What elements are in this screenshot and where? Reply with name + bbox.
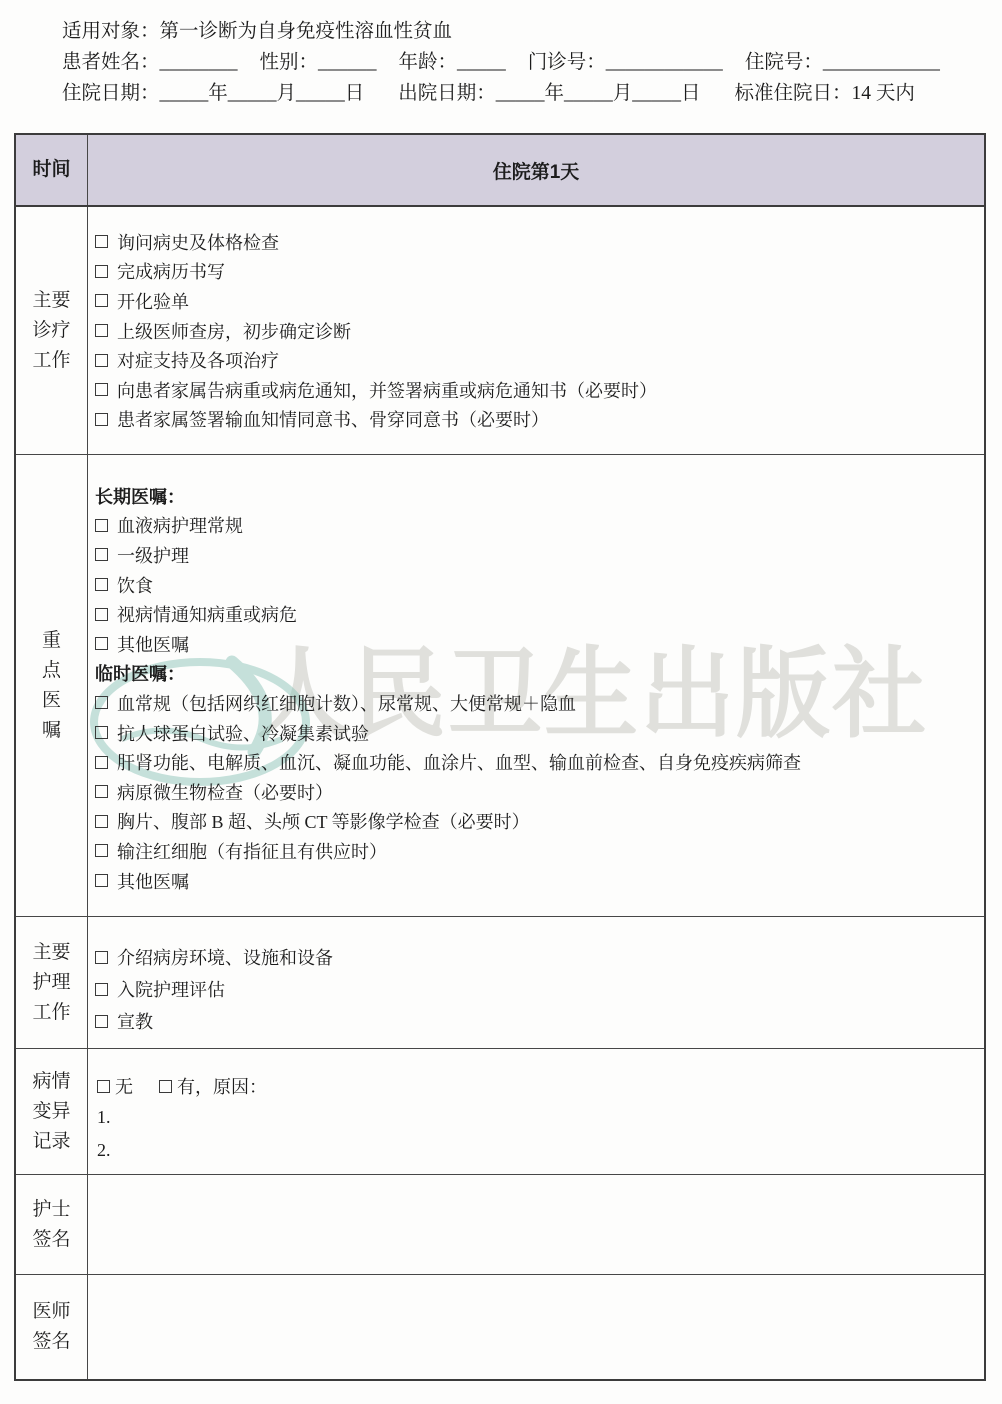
row-label-line: 嘱	[42, 716, 61, 746]
checklist-item: 血液病护理常规	[95, 511, 976, 541]
checklist-item-label: 血常规（包括网织红细胞计数）、尿常规、大便常规＋隐血	[117, 690, 576, 716]
variation-number-lines: 1.2.	[97, 1101, 976, 1167]
row-label-line: 变异	[32, 1097, 70, 1127]
checklist-item-label: 入院护理评估	[117, 976, 225, 1002]
checklist-item: 对症支持及各项治疗	[95, 345, 976, 375]
checklist-item-label: 开化验单	[117, 288, 189, 314]
checkbox-icon[interactable]	[95, 548, 108, 561]
doctor-signature-row-label: 医师签名	[16, 1275, 88, 1379]
checklist-item: 介绍病房环境、设施和设备	[95, 941, 976, 973]
row-label-line: 签名	[32, 1327, 70, 1357]
checklist-item-label: 其他医嘱	[117, 868, 189, 894]
pathway-table: 时间 住院第1天 主要诊疗工作 询问病史及体格检查完成病历书写开化验单上级医师查…	[14, 133, 986, 1381]
checklist-item: 一级护理	[95, 540, 976, 570]
table-header-row: 时间 住院第1天	[16, 135, 984, 207]
checkbox-icon[interactable]	[95, 413, 108, 426]
checklist-item-label: 向患者家属告病重或病危通知，并签署病重或病危通知书（必要时）	[117, 377, 657, 403]
nursing-row-label: 主要护理工作	[16, 917, 88, 1048]
row-label-line: 工作	[32, 346, 70, 376]
checklist-item: 入院护理评估	[95, 973, 976, 1005]
key-orders-content: 长期医嘱：血液病护理常规一级护理饮食视病情通知病重或病危其他医嘱临时医嘱：血常规…	[88, 455, 984, 916]
time-column-header: 时间	[16, 135, 88, 205]
checklist-item-label: 其他医嘱	[117, 631, 189, 657]
checklist-item: 血常规（包括网织红细胞计数）、尿常规、大便常规＋隐血	[95, 688, 976, 718]
table-row-variation: 病情变异记录 无有，原因： 1.2.	[16, 1049, 984, 1175]
row-label-line: 主要	[32, 938, 70, 968]
variation-number-line: 1.	[97, 1101, 976, 1134]
checkbox-icon[interactable]	[95, 519, 108, 532]
checklist-item-label: 饮食	[117, 572, 153, 598]
checklist-item: 完成病历书写	[95, 257, 976, 287]
checklist-item: 开化验单	[95, 286, 976, 316]
table-row-key-orders: 重点医嘱 长期医嘱：血液病护理常规一级护理饮食视病情通知病重或病危其他医嘱临时医…	[16, 455, 984, 917]
date-info-line: 住院日期：_____年_____月_____日出院日期：_____年_____月…	[62, 78, 982, 109]
checkbox-icon[interactable]	[95, 383, 108, 396]
day1-column-header: 住院第1天	[88, 135, 984, 205]
checkbox-icon[interactable]	[95, 951, 108, 964]
checkbox-icon[interactable]	[95, 696, 108, 709]
inpatient-number-field: 住院号：____________	[745, 47, 940, 78]
nurse-signature-area	[88, 1175, 984, 1274]
row-label-line: 主要	[32, 286, 70, 316]
checklist-item: 肝肾功能、电解质、血沉、凝血功能、血涂片、血型、输血前检查、自身免疫疾病筛查	[95, 747, 976, 777]
checklist-item-label: 患者家属签署输血知情同意书、骨穿同意书（必要时）	[117, 406, 549, 432]
checkbox-icon[interactable]	[95, 294, 108, 307]
checklist-item: 病原微生物检查（必要时）	[95, 777, 976, 807]
table-row-nursing: 主要护理工作 介绍病房环境、设施和设备入院护理评估宣教	[16, 917, 984, 1049]
checklist-item-label: 完成病历书写	[117, 258, 225, 284]
row-label-line: 病情	[32, 1067, 70, 1097]
table-row-doctor-signature: 医师签名	[16, 1275, 984, 1379]
table-row-main-care: 主要诊疗工作 询问病史及体格检查完成病历书写开化验单上级医师查房，初步确定诊断对…	[16, 207, 984, 455]
checklist-item-label: 一级护理	[117, 542, 189, 568]
row-label-line: 医师	[32, 1297, 70, 1327]
table-row-nurse-signature: 护士签名	[16, 1175, 984, 1275]
checkbox-icon[interactable]	[95, 983, 108, 996]
checklist-item-label: 询问病史及体格检查	[117, 229, 279, 255]
checkbox-icon[interactable]	[97, 1080, 110, 1093]
variation-option-label: 无	[115, 1073, 133, 1099]
checklist-item: 患者家属签署输血知情同意书、骨穿同意书（必要时）	[95, 405, 976, 435]
checklist-item: 上级医师查房，初步确定诊断	[95, 316, 976, 346]
checkbox-icon[interactable]	[95, 265, 108, 278]
outpatient-number-field: 门诊号：____________	[528, 47, 723, 78]
checklist-item-label: 视病情通知病重或病危	[117, 601, 297, 627]
doctor-signature-area	[88, 1275, 984, 1379]
checkbox-icon[interactable]	[95, 324, 108, 337]
checkbox-icon[interactable]	[95, 756, 108, 769]
checkbox-icon[interactable]	[95, 874, 108, 887]
checkbox-icon[interactable]	[95, 844, 108, 857]
variation-option: 有，原因：	[159, 1073, 267, 1099]
checklist-item-label: 病原微生物检查（必要时）	[117, 779, 333, 805]
checkbox-icon[interactable]	[95, 785, 108, 798]
checklist-item-label: 上级医师查房，初步确定诊断	[117, 318, 351, 344]
checkbox-icon[interactable]	[95, 578, 108, 591]
variation-options-line: 无有，原因：	[97, 1071, 976, 1101]
nursing-checklist: 介绍病房环境、设施和设备入院护理评估宣教	[88, 917, 984, 1048]
document-header: 适用对象：第一诊断为自身免疫性溶血性贫血 患者姓名：________性别：___…	[62, 16, 982, 109]
applicable-object-line: 适用对象：第一诊断为自身免疫性溶血性贫血	[62, 16, 982, 47]
row-label-line: 诊疗	[32, 316, 70, 346]
clinical-pathway-page: 适用对象：第一诊断为自身免疫性溶血性贫血 患者姓名：________性别：___…	[0, 0, 1002, 1404]
checklist-item-label: 输注红细胞（有指征且有供应时）	[117, 838, 387, 864]
gender-field: 性别：______	[260, 47, 377, 78]
checklist-item: 饮食	[95, 570, 976, 600]
checklist-item-label: 肝肾功能、电解质、血沉、凝血功能、血涂片、血型、输血前检查、自身免疫疾病筛查	[117, 749, 801, 775]
checklist-item: 宣教	[95, 1005, 976, 1037]
checkbox-icon[interactable]	[95, 815, 108, 828]
checklist-item-label: 胸片、腹部 B 超、头颅 CT 等影像学检查（必要时）	[117, 808, 530, 834]
checklist-item-label: 血液病护理常规	[117, 512, 243, 538]
patient-info-line: 患者姓名：________性别：______年龄：_____门诊号：______…	[62, 47, 982, 78]
standard-stay-field: 标准住院日：14 天内	[735, 78, 915, 109]
patient-name-field: 患者姓名：________	[62, 47, 238, 78]
checkbox-icon[interactable]	[159, 1080, 172, 1093]
checklist-item: 视病情通知病重或病危	[95, 599, 976, 629]
main-care-row-label: 主要诊疗工作	[16, 207, 88, 454]
checkbox-icon[interactable]	[95, 1015, 108, 1028]
checklist-item-label: 介绍病房环境、设施和设备	[117, 944, 333, 970]
checklist-item-label: 对症支持及各项治疗	[117, 347, 279, 373]
variation-number-line: 2.	[97, 1134, 976, 1167]
admission-date-field: 住院日期：_____年_____月_____日	[62, 78, 364, 109]
row-label-line: 医	[42, 686, 61, 716]
row-label-line: 护理	[32, 968, 70, 998]
checkbox-icon[interactable]	[95, 235, 108, 248]
checklist-item: 胸片、腹部 B 超、头颅 CT 等影像学检查（必要时）	[95, 807, 976, 837]
row-label-line: 重	[42, 626, 61, 656]
row-label-line: 记录	[32, 1127, 70, 1157]
row-label-line: 签名	[32, 1225, 70, 1255]
checkbox-icon[interactable]	[95, 726, 108, 739]
checklist-item: 向患者家属告病重或病危通知，并签署病重或病危通知书（必要时）	[95, 375, 976, 405]
variation-option: 无	[97, 1073, 133, 1099]
checkbox-icon[interactable]	[95, 637, 108, 650]
checklist-item-label: 抗人球蛋白试验、冷凝集素试验	[117, 720, 369, 746]
checklist-item-label: 宣教	[117, 1008, 153, 1034]
checkbox-icon[interactable]	[95, 354, 108, 367]
row-label-line: 工作	[32, 998, 70, 1028]
variation-option-label: 有，原因：	[177, 1073, 267, 1099]
orders-section-heading: 临时医嘱：	[95, 659, 976, 689]
checkbox-icon[interactable]	[95, 608, 108, 621]
checklist-item: 抗人球蛋白试验、冷凝集素试验	[95, 718, 976, 748]
key-orders-row-label: 重点医嘱	[16, 455, 88, 916]
checklist-item: 其他医嘱	[95, 866, 976, 896]
age-field: 年龄：_____	[399, 47, 506, 78]
discharge-date-field: 出院日期：_____年_____月_____日	[398, 78, 700, 109]
main-care-checklist: 询问病史及体格检查完成病历书写开化验单上级医师查房，初步确定诊断对症支持及各项治…	[88, 207, 984, 454]
orders-section-heading: 长期医嘱：	[95, 481, 976, 511]
checklist-item: 其他医嘱	[95, 629, 976, 659]
variation-row-label: 病情变异记录	[16, 1049, 88, 1174]
checklist-item: 输注红细胞（有指征且有供应时）	[95, 836, 976, 866]
row-label-line: 护士	[32, 1195, 70, 1225]
nurse-signature-row-label: 护士签名	[16, 1175, 88, 1274]
row-label-line: 点	[42, 656, 61, 686]
variation-content: 无有，原因： 1.2.	[88, 1049, 984, 1174]
checklist-item: 询问病史及体格检查	[95, 227, 976, 257]
